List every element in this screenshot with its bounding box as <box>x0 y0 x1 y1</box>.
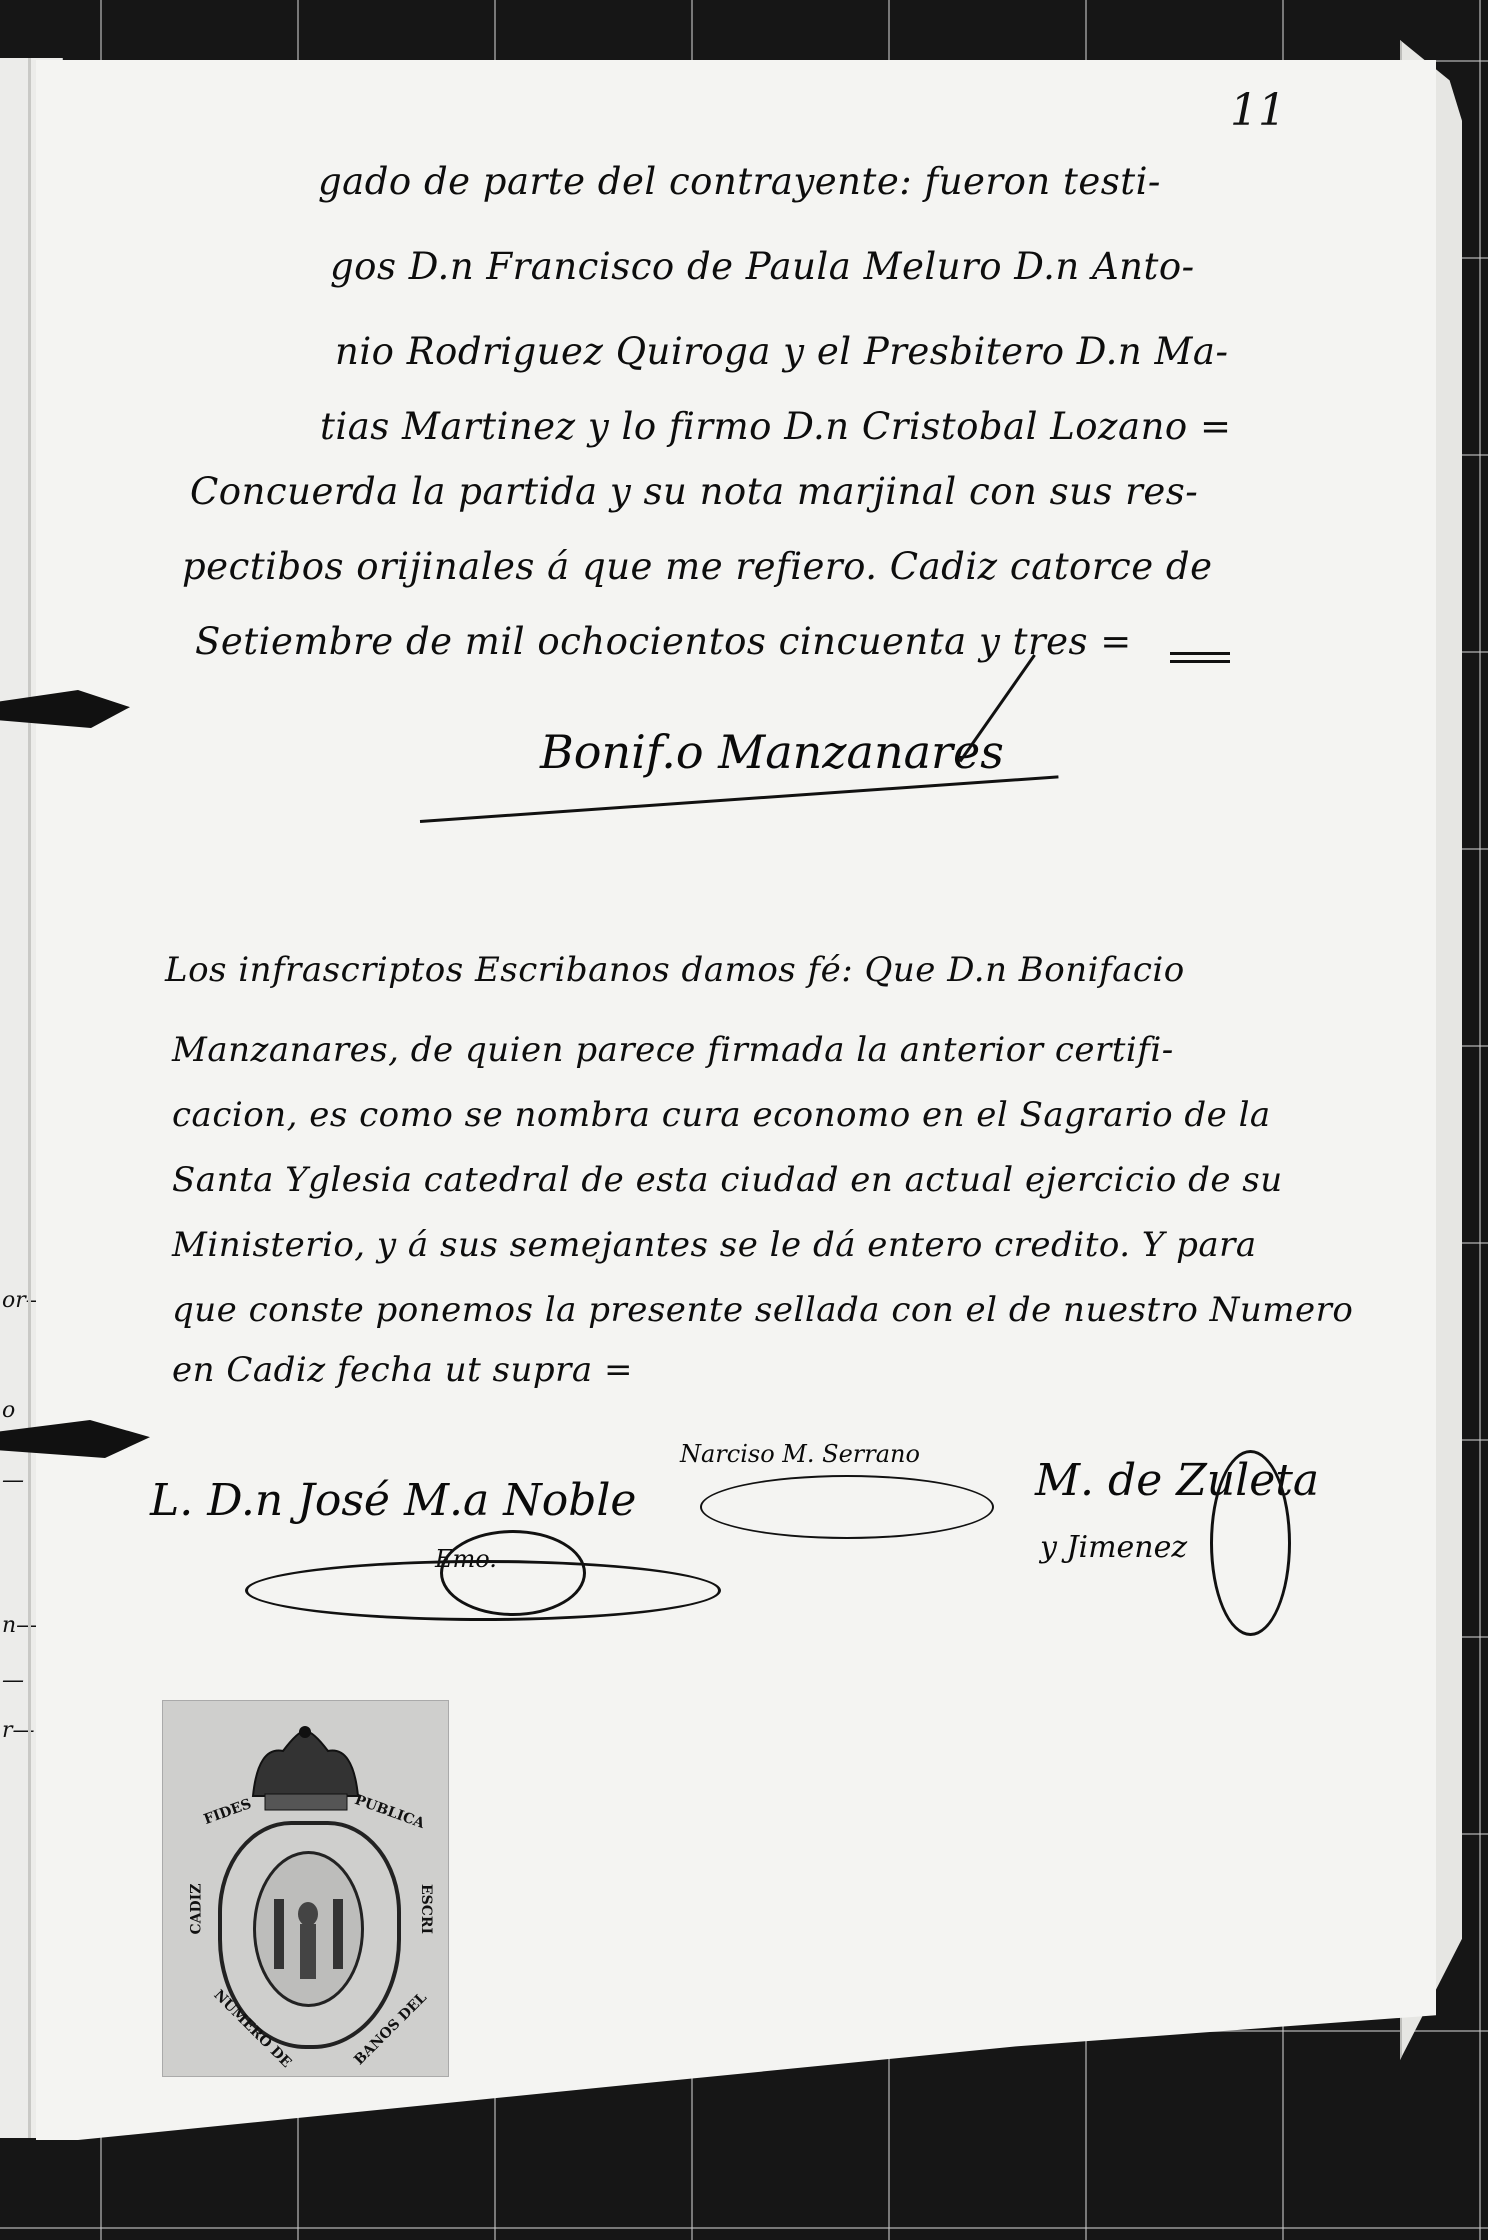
signature-jose-maria-noble: L. D.n José M.a Noble <box>150 1475 636 1526</box>
binding-spine <box>28 58 31 2138</box>
signature-flourish <box>1210 1450 1291 1636</box>
text-line: tias Martinez y lo firmo D.n Cristobal L… <box>320 405 1231 448</box>
text-line: pectibos orijinales á que me refiero. Ca… <box>182 545 1212 588</box>
seal-banner-cadiz: CADIZ <box>188 1884 204 1935</box>
text-line: Santa Yglesia catedral de esta ciudad en… <box>172 1160 1283 1200</box>
hercules-pillars-icon <box>256 1854 361 2004</box>
line-end-rule <box>1170 660 1230 663</box>
signature-flourish <box>700 1475 994 1539</box>
signature-narciso-serrano: Narciso M. Serrano <box>680 1440 920 1468</box>
text-line: cacion, es como se nombra cura economo e… <box>172 1095 1271 1135</box>
seal-banner-escri: ESCRI <box>418 1884 434 1934</box>
text-line: Los infrascriptos Escribanos damos fé: Q… <box>165 950 1185 990</box>
signature-sub: y Jimenez <box>1040 1530 1187 1565</box>
notarial-seal-stamp: FIDES PUBLICA CADIZ ESCRI NUMERO DE BANO… <box>162 1700 449 2077</box>
text-line: gado de parte del contrayente: fueron te… <box>318 160 1161 203</box>
text-line: en Cadiz fecha ut supra = <box>172 1350 633 1390</box>
margin-fragment: — <box>2 1668 24 1693</box>
margin-fragment: — <box>2 1468 24 1493</box>
margin-fragment: n— <box>2 1613 38 1638</box>
crown-icon <box>243 1726 368 1816</box>
text-line: Ministerio, y á sus semejantes se le dá … <box>172 1225 1257 1265</box>
text-line: Manzanares, de quien parece firmada la a… <box>172 1030 1174 1070</box>
text-line: que conste ponemos la presente sellada c… <box>172 1290 1353 1330</box>
text-line: Setiembre de mil ochocientos cincuenta y… <box>195 620 1132 663</box>
signature-flourish <box>440 1530 586 1616</box>
text-line: Concuerda la partida y su nota marjinal … <box>190 470 1198 513</box>
seal-banner-fides: FIDES <box>202 1796 254 1828</box>
signature-bonifacio-manzanares: Bonif.o Manzanares <box>540 725 1004 779</box>
seal-oval-hercules <box>253 1851 364 2007</box>
line-end-rule <box>1170 652 1230 655</box>
text-line: nio Rodriguez Quiroga y el Presbitero D.… <box>335 330 1228 373</box>
margin-fragment: o <box>2 1398 15 1423</box>
text-line: gos D.n Francisco de Paula Meluro D.n An… <box>330 245 1195 288</box>
page-number: 11 <box>1230 85 1286 136</box>
